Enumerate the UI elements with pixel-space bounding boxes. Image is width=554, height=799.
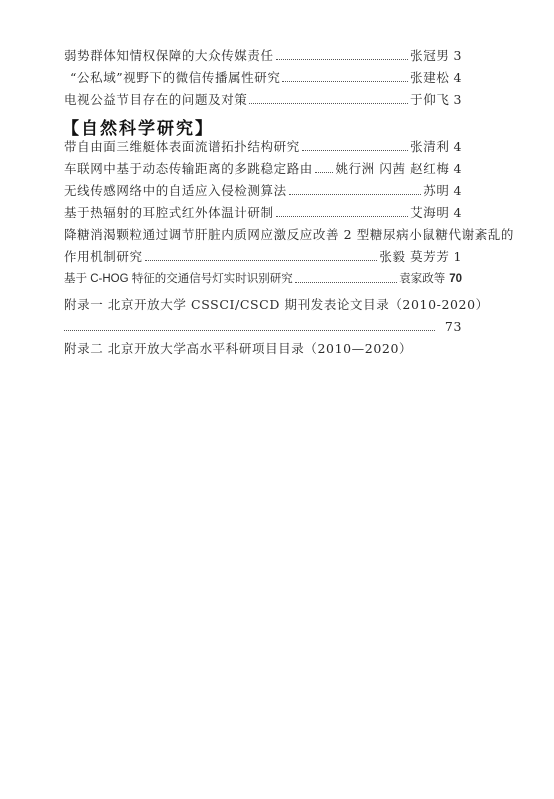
toc-entry-title: 基于热辐射的耳腔式红外体温计研制	[64, 204, 274, 222]
toc-entry[interactable]: 基于热辐射的耳腔式红外体温计研制 艾海明 4	[64, 204, 462, 222]
toc-entry-title: 弱势群体知情权保障的大众传媒责任	[64, 47, 274, 65]
dot-leader	[64, 329, 435, 331]
toc-entry-page: 70	[449, 270, 462, 288]
document-page: 弱势群体知情权保障的大众传媒责任 张冠男 3 “公私域”视野下的微信传播属性研究…	[0, 0, 554, 799]
toc-entry-author: 苏明	[423, 182, 449, 200]
toc-entry-author: 艾海明	[410, 204, 449, 222]
dot-leader	[276, 58, 409, 60]
toc-entry[interactable]: 无线传感网络中的自适应入侵检测算法 苏明 4	[64, 182, 462, 200]
toc-entry-title: 带自由面三维艇体表面流谱拓扑结构研究	[64, 138, 300, 156]
toc-entry[interactable]: 电视公益节目存在的问题及对策 于仰飞 3	[64, 91, 462, 109]
toc-entry-page: 4	[453, 182, 462, 200]
dot-leader	[145, 259, 378, 261]
toc-entry[interactable]: “公私域”视野下的微信传播属性研究 张建松 4	[70, 69, 462, 87]
toc-entry-page: 4	[453, 138, 462, 156]
toc-entry[interactable]: 弱势群体知情权保障的大众传媒责任 张冠男 3	[64, 47, 462, 65]
toc-entry-page: 73	[445, 318, 462, 336]
toc-entry[interactable]: 基于 C-HOG 特征的交通信号灯实时识别研究 袁家政等 70	[64, 270, 462, 288]
toc-entry-title: 无线传感网络中的自适应入侵检测算法	[64, 182, 287, 200]
toc-entry-page: 4	[453, 69, 462, 87]
section-heading: 【自然科学研究】	[62, 114, 214, 139]
toc-entry-author: 张建松	[410, 69, 449, 87]
toc-entry[interactable]: 车联网中基于动态传输距离的多跳稳定路由 姚行洲 闪茜 赵红梅 4	[64, 160, 462, 178]
toc-entry-author: 张冠男	[410, 47, 449, 65]
toc-entry[interactable]: 作用机制研究 张毅 莫芳芳 1	[64, 248, 462, 266]
toc-entry-title: 电视公益节目存在的问题及对策	[64, 91, 247, 109]
dot-leader	[282, 80, 408, 82]
appendix-one-leader-line[interactable]: 73	[64, 318, 462, 336]
dot-leader	[249, 102, 408, 104]
toc-entry-title-line1[interactable]: 降糖消渴颗粒通过调节肝脏内质网应激反应改善 2 型糖尿病小鼠糖代谢紊乱的	[64, 226, 514, 244]
appendix-two-title[interactable]: 附录二 北京开放大学高水平科研项目目录（2010—2020）	[64, 340, 412, 358]
toc-entry-title: “公私域”视野下的微信传播属性研究	[70, 69, 280, 87]
dot-leader	[295, 281, 397, 283]
toc-entry-author: 于仰飞	[410, 91, 449, 109]
toc-entry-page: 4	[453, 160, 462, 178]
toc-entry-page: 4	[453, 204, 462, 222]
dot-leader	[315, 171, 334, 173]
appendix-one-title[interactable]: 附录一 北京开放大学 CSSCI/CSCD 期刊发表论文目录（2010-2020…	[64, 296, 489, 314]
dot-leader	[276, 215, 409, 217]
toc-entry-page: 3	[453, 47, 462, 65]
dot-leader	[289, 193, 422, 195]
toc-entry-page: 1	[453, 248, 462, 266]
dot-leader	[302, 149, 408, 151]
toc-entry-title: 车联网中基于动态传输距离的多跳稳定路由	[64, 160, 313, 178]
toc-entry-title: 作用机制研究	[64, 248, 143, 266]
toc-entry-author: 姚行洲 闪茜 赵红梅	[335, 160, 449, 178]
toc-entry-author: 张毅 莫芳芳	[379, 248, 449, 266]
toc-entry[interactable]: 带自由面三维艇体表面流谱拓扑结构研究 张清利 4	[64, 138, 462, 156]
toc-entry-title: 基于 C-HOG 特征的交通信号灯实时识别研究	[64, 270, 293, 288]
toc-entry-author: 袁家政等	[399, 270, 445, 288]
toc-entry-author: 张清利	[410, 138, 449, 156]
toc-entry-page: 3	[453, 91, 462, 109]
